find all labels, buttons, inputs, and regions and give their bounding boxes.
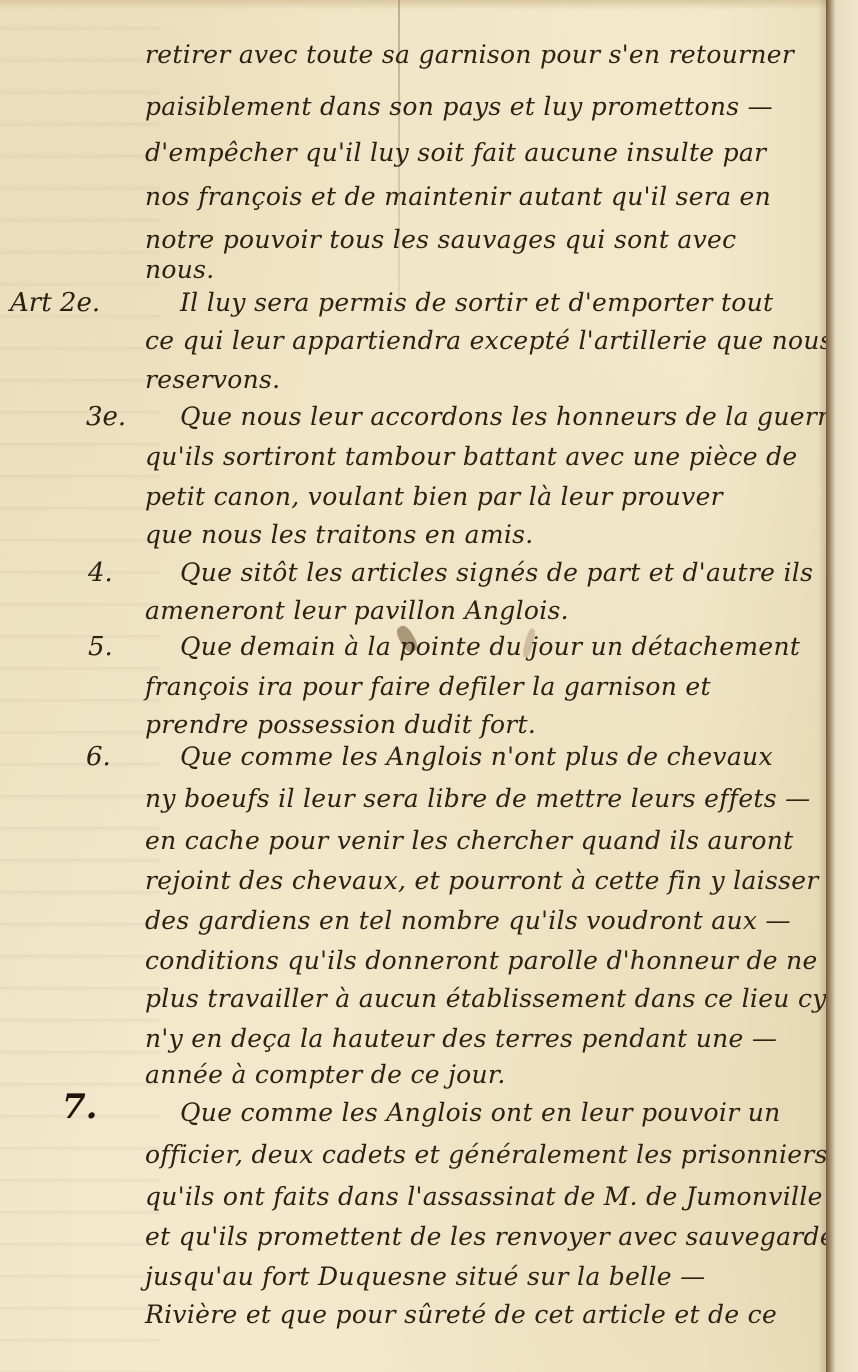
article-marker: 5. — [88, 632, 113, 662]
text-line: qu'ils sortiront tambour battant avec un… — [145, 442, 825, 472]
manuscript-page: retirer avec toute sa garnison pour s'en… — [0, 0, 826, 1372]
text-line: Que comme les Anglois n'ont plus de chev… — [180, 742, 826, 772]
text-line: paisiblement dans son pays et luy promet… — [145, 92, 825, 122]
text-line: ny boeufs il leur sera libre de mettre l… — [145, 784, 825, 814]
article-marker: 7. — [62, 1092, 98, 1122]
text-line: officier, deux cadets et généralement le… — [145, 1140, 825, 1170]
text-line: année à compter de ce jour. — [145, 1060, 825, 1090]
text-line: en cache pour venir les chercher quand i… — [145, 826, 825, 856]
text-line: ce qui leur appartiendra excepté l'artil… — [145, 326, 825, 356]
text-line: Rivière et que pour sûreté de cet articl… — [145, 1300, 825, 1330]
text-line: que nous les traitons en amis. — [145, 520, 825, 550]
text-line: n'y en deça la hauteur des terres pendan… — [145, 1024, 825, 1054]
text-line: qu'ils ont faits dans l'assassinat de M.… — [145, 1182, 825, 1212]
text-line: Que comme les Anglois ont en leur pouvoi… — [180, 1098, 826, 1128]
text-line: conditions qu'ils donneront parolle d'ho… — [145, 946, 825, 976]
text-line: reservons. — [145, 365, 825, 395]
text-line: Que nous leur accordons les honneurs de … — [180, 402, 826, 432]
text-line: des gardiens en tel nombre qu'ils voudro… — [145, 906, 825, 936]
book-spine — [826, 0, 858, 1372]
text-line: notre pouvoir tous les sauvages qui sont… — [145, 225, 825, 255]
text-line: et qu'ils promettent de les renvoyer ave… — [145, 1222, 825, 1252]
text-line: Il luy sera permis de sortir et d'emport… — [180, 288, 826, 318]
article-marker: 6. — [86, 742, 111, 772]
text-line: rejoint des chevaux, et pourront à cette… — [145, 866, 825, 896]
text-line: ameneront leur pavillon Anglois. — [145, 596, 825, 626]
text-line: d'empêcher qu'il luy soit fait aucune in… — [145, 138, 825, 168]
text-line: Que demain à la pointe du jour un détach… — [180, 632, 826, 662]
article-marker: 4. — [88, 558, 113, 588]
article-marker: 3e. — [86, 402, 126, 432]
text-line: retirer avec toute sa garnison pour s'en… — [145, 40, 825, 70]
text-line: jusqu'au fort Duquesne situé sur la bell… — [145, 1262, 825, 1292]
text-line: françois ira pour faire defiler la garni… — [145, 672, 825, 702]
text-line: plus travailler à aucun établissement da… — [145, 984, 825, 1014]
ink-bleed-through — [0, 0, 160, 1372]
text-line: nous. — [145, 255, 825, 285]
text-line: nos françois et de maintenir autant qu'i… — [145, 182, 825, 212]
article-marker: Art 2e. — [10, 288, 100, 318]
text-line: Que sitôt les articles signés de part et… — [180, 558, 826, 588]
text-line: prendre possession dudit fort. — [145, 710, 825, 740]
text-line: petit canon, voulant bien par là leur pr… — [145, 482, 825, 512]
